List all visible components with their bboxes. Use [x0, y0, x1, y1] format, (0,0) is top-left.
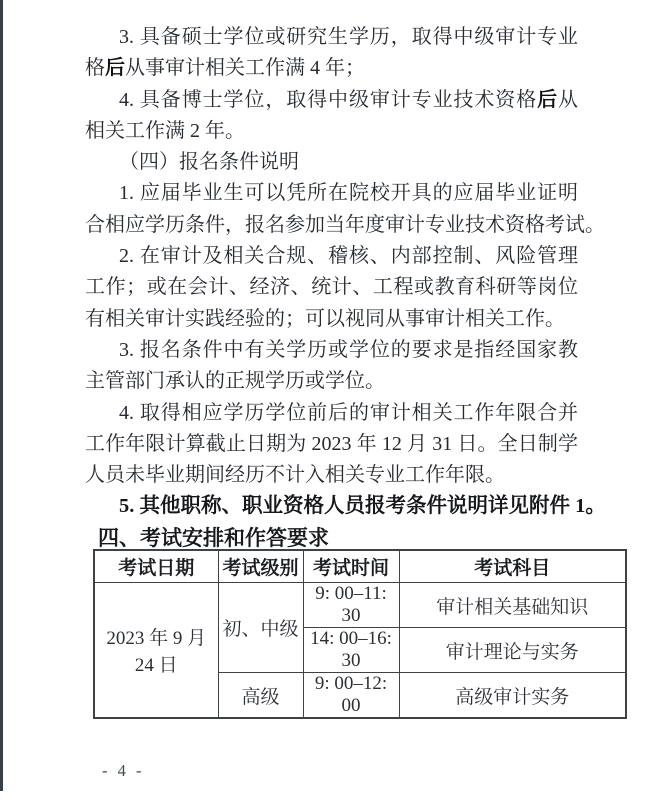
text-segment: 有相关审计实践经验的；可以视同从事审计相关工作。	[85, 308, 565, 330]
table-row: 2023 年 9 月 24 日初、中级9: 00–11: 30审计相关基础知识	[94, 583, 626, 628]
note3-line1: 3. 报名条件中有关学历或学位的要求是指经国家教育行政	[85, 335, 578, 366]
text-segment: 3. 具备硕士学位或研究生学历，取得中级审计专业技术资	[119, 26, 578, 53]
text-segment: 主管部门承认的正规学历或学位。	[85, 370, 385, 392]
exam-schedule-table: 考试日期考试级别考试时间考试科目 2023 年 9 月 24 日初、中级9: 0…	[93, 549, 627, 719]
note2-line3: 有相关审计实践经验的；可以视同从事审计相关工作。	[85, 304, 578, 335]
text-segment: 4. 具备博士学位，取得中级审计专业技术资格	[119, 89, 537, 111]
table-header-cell: 考试日期	[94, 550, 218, 583]
table-cell: 初、中级	[218, 583, 303, 673]
note3-line2: 主管部门承认的正规学历或学位。	[85, 366, 578, 397]
text-segment: 四、考试安排和作答要求	[98, 527, 329, 550]
table-header-row: 考试日期考试级别考试时间考试科目	[94, 550, 626, 583]
table-cell: 14: 00–16: 30	[303, 628, 399, 673]
table-cell: 高级审计实务	[399, 673, 626, 719]
text-segment: 工作年限计算截止日期为 2023 年 12 月 31 日。全日制学历报考	[85, 433, 578, 460]
text-segment: 合相应学历条件，报名参加当年度审计专业技术资格考试。	[85, 214, 605, 236]
item4-line2: 相关工作满 2 年。	[85, 116, 578, 147]
note4-line1: 4. 取得相应学历学位前后的审计相关工作年限合并计算，	[85, 398, 578, 429]
note4-line3: 人员未毕业期间经历不计入相关专业工作年限。	[85, 460, 578, 491]
note1-line2: 合相应学历条件，报名参加当年度审计专业技术资格考试。	[85, 210, 578, 241]
table-cell: 审计相关基础知识	[399, 583, 626, 628]
text-segment: 人员未毕业期间经历不计入相关专业工作年限。	[85, 464, 505, 486]
table-header-cell: 考试时间	[303, 550, 399, 583]
text-segment: 工作；或在会计、经济、统计、工程或教育科研等岗位工作，且	[85, 276, 578, 303]
bold-text-segment: 后	[537, 89, 558, 111]
subsection-four-title: （四）报名条件说明	[85, 147, 578, 178]
page-number: - 4 -	[102, 761, 145, 781]
table-cell: 高级	[218, 673, 303, 719]
bold-text-segment: 后	[105, 57, 125, 79]
note1-line1: 1. 应届毕业生可以凭所在院校开具的应届毕业证明作为符	[85, 178, 578, 209]
text-segment: 5. 其他职称、职业资格人员报考条件说明详见附件 1。	[119, 495, 606, 517]
table-header-cell: 考试级别	[218, 550, 303, 583]
item3-line2: 格后从事审计相关工作满 4 年；	[85, 53, 578, 84]
table-cell: 9: 00–12: 00	[303, 673, 399, 719]
document-page: 3. 具备硕士学位或研究生学历，取得中级审计专业技术资格后从事审计相关工作满 4…	[0, 0, 662, 801]
note2-line1: 2. 在审计及相关合规、稽核、内部控制、风险管理等岗位	[85, 241, 578, 272]
text-segment: 从事审计相关工作满 4 年；	[125, 57, 365, 79]
table-cell: 9: 00–11: 30	[303, 583, 399, 628]
page-left-edge	[0, 0, 3, 791]
text-segment: 2. 在审计及相关合规、稽核、内部控制、风险管理等岗位	[119, 245, 578, 272]
text-segment: 3. 报名条件中有关学历或学位的要求是指经国家教育行政	[119, 339, 578, 366]
text-segment: （四）报名条件说明	[119, 151, 299, 173]
note4-line2: 工作年限计算截止日期为 2023 年 12 月 31 日。全日制学历报考	[85, 429, 578, 460]
note2-line2: 工作；或在会计、经济、统计、工程或教育科研等岗位工作，且	[85, 272, 578, 303]
note5-bold-line: 5. 其他职称、职业资格人员报考条件说明详见附件 1。	[85, 491, 578, 522]
item4-line1: 4. 具备博士学位，取得中级审计专业技术资格后从事审计	[85, 85, 578, 116]
table-cell: 2023 年 9 月 24 日	[94, 583, 218, 719]
text-segment: 4. 取得相应学历学位前后的审计相关工作年限合并计算，	[119, 402, 578, 429]
table-cell: 审计理论与实务	[399, 628, 626, 673]
item3-line1: 3. 具备硕士学位或研究生学历，取得中级审计专业技术资	[85, 22, 578, 53]
text-segment: 相关工作满 2 年。	[85, 120, 245, 142]
text-segment: 1. 应届毕业生可以凭所在院校开具的应届毕业证明作为符	[119, 182, 578, 209]
table-header-cell: 考试科目	[399, 550, 626, 583]
text-segment: 格	[85, 57, 105, 79]
document-body: 3. 具备硕士学位或研究生学历，取得中级审计专业技术资格后从事审计相关工作满 4…	[85, 22, 578, 554]
